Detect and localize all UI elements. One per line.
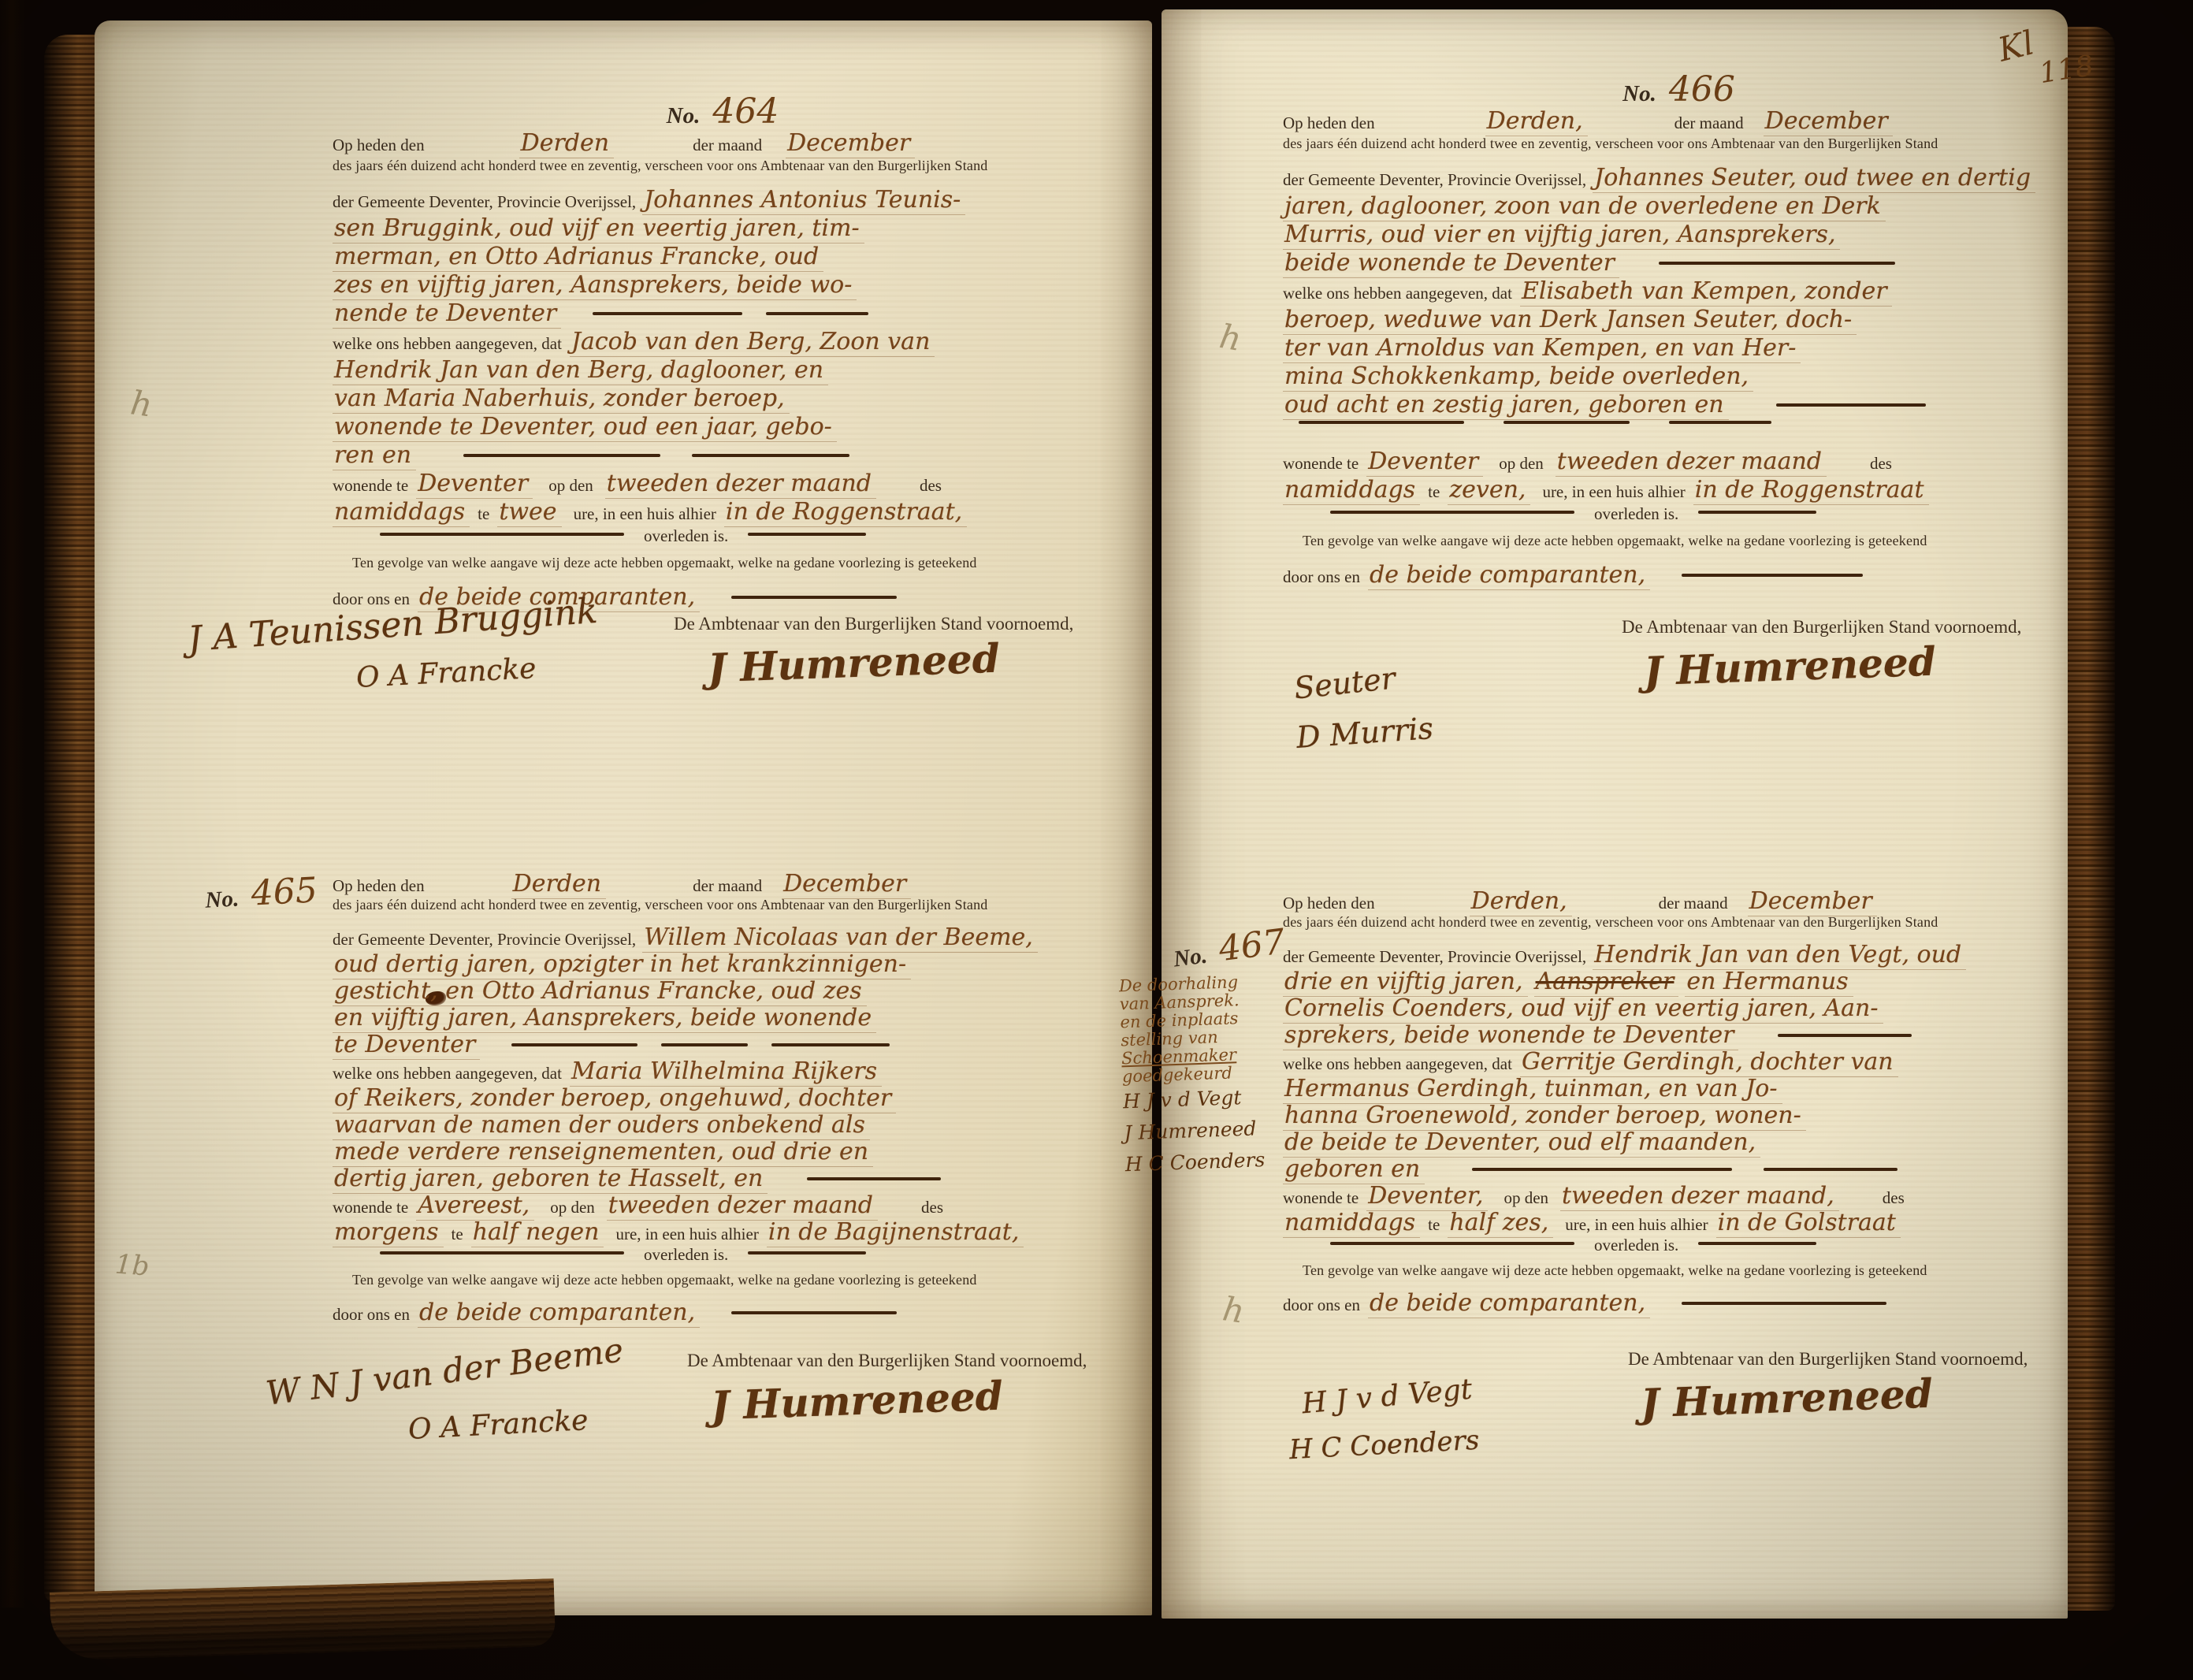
handwritten-text: sen Bruggink, oud vijf en veertig jaren,…: [333, 214, 864, 243]
printed-form-text: des jaars één duizend acht honderd twee …: [1283, 914, 1938, 930]
printed-form-text: ure, in een huis alhier: [615, 1225, 758, 1243]
handwritten-text: December: [1748, 887, 1877, 916]
handwritten-text: drie en vijftig jaren,: [1283, 968, 1528, 997]
form-line: mede verdere renseignementen, oud drie e…: [333, 1138, 1113, 1165]
form-line: Cornelis Coenders, oud vijf en veertig j…: [1283, 994, 2075, 1021]
printed-form-text: des jaars één duizend acht honderd twee …: [333, 897, 988, 912]
form-line: geboren en: [1283, 1155, 2075, 1182]
handwritten-text: Aanspreker: [1534, 968, 1679, 997]
death-record-464: No. 464 Op heden denDerdender maandDecem…: [333, 91, 1113, 611]
record-body: Op heden denDerden,der maandDecemberdes …: [1283, 107, 2075, 589]
form-line: overleden is.: [1283, 1236, 2075, 1262]
handwritten-text: waarvan de namen der ouders onbekend als: [333, 1111, 870, 1140]
printed-form-text: te: [1428, 1215, 1440, 1234]
form-line: overleden is.: [333, 1245, 1113, 1272]
form-line: welke ons hebben aangegeven, datJacob va…: [333, 328, 1113, 356]
printed-form-text: welke ons hebben aangegeven, dat: [1283, 284, 1512, 303]
record-body: Op heden denDerdender maandDecemberdes j…: [333, 129, 1113, 611]
form-line: wonende teDeventerop dentweeden dezer ma…: [333, 470, 1113, 498]
registrar-caption: De Ambtenaar van den Burgerlijken Stand …: [1622, 617, 2021, 637]
printed-form-text: des: [1870, 454, 1892, 473]
handwritten-text: Derden,: [1485, 107, 1588, 136]
blank-filler-stroke: [661, 1043, 748, 1046]
record-body: Op heden denDerden,der maandDecemberdes …: [1283, 887, 2075, 1316]
handwritten-text: oud dertig jaren, opzigter in het krankz…: [333, 950, 911, 979]
printed-form-text: te: [478, 504, 489, 523]
printed-form-text: der Gemeente Deventer, Provincie Overijs…: [1283, 947, 1586, 966]
blank-filler-stroke: [692, 454, 849, 457]
handwritten-text: nende te Deventer: [333, 299, 561, 329]
handwritten-text: Hendrik Jan van den Vegt, oud: [1593, 941, 1966, 970]
record-number: No. 465: [204, 870, 318, 913]
handwritten-text: de beide comparanten,: [1368, 561, 1650, 590]
printed-form-text: des: [1883, 1188, 1905, 1207]
handwritten-text: beroep, weduwe van Derk Jansen Seuter, d…: [1283, 306, 1857, 335]
form-line: Op heden denDerdender maandDecember: [333, 129, 1113, 158]
handwritten-text: tweeden dezer maand: [605, 470, 876, 499]
form-line: Ten gevolge van welke aangave wij deze a…: [333, 555, 1113, 583]
handwritten-text: tweeden dezer maand: [1556, 448, 1827, 477]
blank-filler-stroke: [1330, 511, 1574, 514]
printed-form-text: des: [921, 1198, 943, 1217]
register-book-photo: Kl 118 h 1b h h No. 464 Op heden denDerd…: [0, 0, 2193, 1680]
printed-form-text: overleden is.: [644, 1245, 728, 1264]
blank-filler-stroke: [1472, 1168, 1732, 1171]
blank-filler-stroke: [380, 533, 624, 536]
handwritten-text: Murris, oud vier en vijftig jaren, Aansp…: [1283, 221, 1840, 250]
form-line: [1283, 419, 2075, 448]
form-line: wonende te Deventer, oud een jaar, gebo-: [333, 413, 1113, 441]
blank-filler-stroke: [1682, 1302, 1886, 1305]
handwritten-text: Hendrik Jan van den Berg, daglooner, en: [333, 356, 828, 385]
handwritten-text: in de Roggenstraat: [1693, 476, 1929, 505]
handwritten-text: de beide comparanten,: [418, 1299, 700, 1328]
printed-form-text: welke ons hebben aangegeven, dat: [333, 1064, 562, 1083]
printed-form-text: des: [920, 476, 942, 495]
handwritten-text: Derden: [511, 870, 606, 899]
form-line: der Gemeente Deventer, Provincie Overijs…: [1283, 164, 2075, 192]
page-stack-bottom-edge: [50, 1578, 556, 1660]
handwritten-text: tweeden dezer maand,: [1560, 1182, 1839, 1211]
handwritten-text: zeven,: [1448, 476, 1530, 505]
form-line: mina Schokkenkamp, beide overleden,: [1283, 362, 2075, 391]
form-line: beide wonende te Deventer: [1283, 249, 2075, 277]
blank-filler-stroke: [731, 1311, 897, 1314]
handwritten-text: of Reikers, zonder beroep, ongehuwd, doc…: [333, 1084, 896, 1113]
form-line: door ons ende beide comparanten,: [1283, 1289, 2075, 1316]
handwritten-text: Johannes Seuter, oud twee en dertig: [1593, 164, 2035, 193]
printed-form-text: door ons en: [333, 1305, 410, 1324]
blank-filler-stroke: [766, 312, 868, 315]
printed-form-text: Op heden den: [1283, 894, 1375, 912]
printed-form-text: wonende te: [1283, 454, 1359, 473]
handwritten-text: twee: [497, 498, 561, 527]
record-number: No. 464: [333, 91, 1113, 129]
form-line: Murris, oud vier en vijftig jaren, Aansp…: [1283, 221, 2075, 249]
death-record-465: No. 465 Op heden denDerdender maandDecem…: [333, 870, 1113, 1325]
blank-filler-stroke: [1659, 262, 1895, 265]
handwritten-text: ter van Arnoldus van Kempen, en van Her-: [1283, 334, 1801, 363]
blank-filler-stroke: [1698, 1242, 1816, 1245]
handwritten-text: en vijftig jaren, Aansprekers, beide won…: [333, 1004, 876, 1033]
handwritten-text: tweeden dezer maand: [607, 1191, 878, 1221]
form-line: der Gemeente Deventer, Provincie Overijs…: [333, 924, 1113, 950]
form-line: oud dertig jaren, opzigter in het krankz…: [333, 950, 1113, 977]
form-line: morgenstehalf negenure, in een huis alhi…: [333, 1218, 1113, 1245]
printed-form-text: ure, in een huis alhier: [1565, 1215, 1708, 1234]
printed-form-text: wonende te: [333, 476, 408, 495]
handwritten-text: wonende te Deventer, oud een jaar, gebo-: [333, 413, 837, 442]
registrar-caption: De Ambtenaar van den Burgerlijken Stand …: [674, 614, 1073, 634]
handwritten-text: Deventer,: [1366, 1182, 1488, 1211]
form-line: Ten gevolge van welke aangave wij deze a…: [333, 1272, 1113, 1299]
form-line: des jaars één duizend acht honderd twee …: [333, 897, 1113, 924]
form-line: sprekers, beide wonende te Deventer: [1283, 1021, 2075, 1048]
printed-form-text: des jaars één duizend acht honderd twee …: [1283, 136, 1938, 151]
record-number-label: No.: [1622, 81, 1656, 106]
blank-filler-stroke: [593, 312, 742, 315]
form-line: zes en vijftig jaren, Aansprekers, beide…: [333, 271, 1113, 299]
form-line: namiddagstetweeure, in een huis alhierin…: [333, 498, 1113, 526]
handwritten-text: beide wonende te Deventer: [1283, 249, 1619, 278]
printed-form-text: Op heden den: [333, 136, 425, 154]
handwritten-text: de beide te Deventer, oud elf maanden,: [1283, 1128, 1760, 1158]
margin-checkmark: 1b: [114, 1249, 151, 1283]
death-record-466: No. 466 Op heden denDerden,der maandDece…: [1283, 69, 2075, 589]
printed-form-text: overleden is.: [1594, 1236, 1678, 1254]
form-line: door ons ende beide comparanten,: [1283, 561, 2075, 589]
death-record-467: No. 467 Op heden denDerden,der maandDece…: [1283, 887, 2075, 1316]
handwritten-text: mede verdere renseignementen, oud drie e…: [333, 1138, 873, 1167]
blank-filler-stroke: [1330, 1242, 1574, 1245]
form-line: Op heden denDerden,der maandDecember: [1283, 107, 2075, 136]
handwritten-text: van Maria Naberhuis, zonder beroep,: [333, 385, 790, 414]
handwritten-text: Gerritje Gerdingh, dochter van: [1520, 1048, 1898, 1077]
form-line: Op heden denDerdender maandDecember: [333, 870, 1113, 897]
printed-form-text: wonende te: [333, 1198, 408, 1217]
form-line: ter van Arnoldus van Kempen, en van Her-: [1283, 334, 2075, 362]
printed-form-text: der maand: [693, 136, 762, 154]
blank-filler-stroke: [1776, 403, 1926, 407]
record-number-label: No.: [205, 886, 240, 913]
blank-filler-stroke: [1778, 1034, 1912, 1037]
form-line: sen Bruggink, oud vijf en veertig jaren,…: [333, 214, 1113, 243]
handwritten-text: Hermanus Gerdingh, tuinman, en van Jo-: [1283, 1075, 1782, 1104]
printed-form-text: door ons en: [1283, 1295, 1360, 1314]
handwritten-text: dertig jaren, geboren te Hasselt, en: [333, 1165, 768, 1194]
printed-form-text: der maand: [1659, 894, 1728, 912]
handwritten-text: morgens: [333, 1218, 444, 1247]
handwritten-text: sprekers, beide wonende te Deventer: [1283, 1021, 1738, 1050]
printed-form-text: te: [1428, 482, 1440, 501]
blank-filler-stroke: [748, 533, 866, 536]
handwritten-text: Derden: [519, 129, 614, 158]
handwritten-text: in de Bagijnenstraat,: [767, 1218, 1024, 1247]
form-line: der Gemeente Deventer, Provincie Overijs…: [1283, 941, 2075, 968]
handwritten-text: de beide comparanten,: [1368, 1289, 1650, 1318]
handwritten-text: jaren, daglooner, zoon van de overledene…: [1283, 192, 1886, 221]
printed-form-text: ure, in een huis alhier: [574, 504, 716, 523]
handwritten-text: Jacob van den Berg, Zoon van: [570, 328, 935, 357]
printed-form-text: Op heden den: [1283, 113, 1375, 132]
handwritten-text: half zes,: [1448, 1209, 1553, 1238]
handwritten-text: December: [786, 129, 915, 158]
form-line: jaren, daglooner, zoon van de overledene…: [1283, 192, 2075, 221]
form-line: nende te Deventer: [333, 299, 1113, 328]
handwritten-text: en Hermanus: [1685, 968, 1853, 997]
record-number-value: 464: [712, 91, 779, 132]
handwritten-text: mina Schokkenkamp, beide overleden,: [1283, 362, 1753, 392]
form-line: des jaars één duizend acht honderd twee …: [1283, 914, 2075, 941]
printed-form-text: door ons en: [1283, 567, 1360, 586]
form-line: welke ons hebben aangegeven, datMaria Wi…: [333, 1057, 1113, 1084]
book-gutter: [0, 0, 25, 1608]
handwritten-text: December: [782, 870, 911, 899]
printed-form-text: welke ons hebben aangegeven, dat: [333, 334, 562, 353]
printed-form-text: des jaars één duizend acht honderd twee …: [333, 158, 988, 173]
handwritten-text: December: [1764, 107, 1893, 136]
registrar-caption: De Ambtenaar van den Burgerlijken Stand …: [1628, 1349, 2028, 1370]
printed-form-text: op den: [1504, 1188, 1548, 1207]
handwritten-text: namiddags: [1283, 1209, 1420, 1238]
blank-filler-stroke: [1669, 421, 1771, 424]
printed-form-text: op den: [548, 476, 593, 495]
handwritten-text: in de Roggenstraat,: [724, 498, 967, 527]
form-line: overleden is.: [333, 526, 1113, 555]
form-line: hanna Groenewold, zonder beroep, wonen-: [1283, 1102, 2075, 1128]
handwritten-text: in de Golstraat: [1716, 1209, 1901, 1238]
printed-form-text: te: [452, 1225, 463, 1243]
handwritten-text: zes en vijftig jaren, Aansprekers, beide…: [333, 271, 857, 300]
printed-form-text: Ten gevolge van welke aangave wij deze a…: [1303, 1262, 1927, 1278]
form-line: Op heden denDerden,der maandDecember: [1283, 887, 2075, 914]
handwritten-text: Derden,: [1470, 887, 1572, 916]
printed-form-text: wonende te: [1283, 1188, 1359, 1207]
printed-form-text: Op heden den: [333, 876, 425, 895]
blank-filler-stroke: [731, 596, 897, 599]
printed-form-text: der maand: [693, 876, 762, 895]
blank-filler-stroke: [748, 1251, 866, 1254]
form-line: Hendrik Jan van den Berg, daglooner, en: [333, 356, 1113, 385]
record-number-value: 465: [250, 870, 318, 913]
printed-form-text: ure, in een huis alhier: [1542, 482, 1685, 501]
form-line: van Maria Naberhuis, zonder beroep,: [333, 385, 1113, 413]
form-line: door ons ende beide comparanten,: [333, 1299, 1113, 1325]
form-line: Ten gevolge van welke aangave wij deze a…: [1283, 533, 2075, 561]
record-body: Op heden denDerdender maandDecemberdes j…: [333, 870, 1113, 1325]
blank-filler-stroke: [380, 1251, 624, 1254]
form-line: der Gemeente Deventer, Provincie Overijs…: [333, 186, 1113, 214]
handwritten-text: merman, en Otto Adrianus Francke, oud: [333, 243, 823, 272]
handwritten-text: Deventer: [1366, 448, 1483, 477]
form-line: Ten gevolge van welke aangave wij deze a…: [1283, 1262, 2075, 1289]
blank-filler-stroke: [511, 1043, 637, 1046]
printed-form-text: der maand: [1674, 113, 1744, 132]
form-line: gesticht, en Otto Adrianus Francke, oud …: [333, 977, 1113, 1004]
handwritten-text: gesticht, en Otto Adrianus Francke, oud …: [333, 977, 867, 1006]
form-line: wonende teAvereest,op dentweeden dezer m…: [333, 1191, 1113, 1218]
form-line: namiddagstehalf zes,ure, in een huis alh…: [1283, 1209, 2075, 1236]
handwritten-text: namiddags: [1283, 476, 1420, 505]
blank-filler-stroke: [771, 1043, 890, 1046]
form-line: des jaars één duizend acht honderd twee …: [333, 158, 1113, 186]
blank-filler-stroke: [1682, 574, 1863, 577]
blank-filler-stroke: [1698, 511, 1816, 514]
blank-filler-stroke: [1764, 1168, 1898, 1171]
form-line: beroep, weduwe van Derk Jansen Seuter, d…: [1283, 306, 2075, 334]
handwritten-text: hanna Groenewold, zonder beroep, wonen-: [1283, 1102, 1806, 1131]
form-line: merman, en Otto Adrianus Francke, oud: [333, 243, 1113, 271]
printed-form-text: Ten gevolge van welke aangave wij deze a…: [1303, 533, 1927, 548]
form-line: dertig jaren, geboren te Hasselt, en: [333, 1165, 1113, 1191]
handwritten-text: Elisabeth van Kempen, zonder: [1520, 277, 1892, 307]
record-number-value: 466: [1669, 69, 1735, 110]
printed-form-text: op den: [550, 1198, 595, 1217]
record-number-value: 467: [1217, 921, 1288, 969]
handwritten-text: Maria Wilhelmina Rijkers: [570, 1057, 882, 1087]
form-line: drie en vijftig jaren,Aansprekeren Herma…: [1283, 968, 2075, 994]
printed-form-text: der Gemeente Deventer, Provincie Overijs…: [333, 930, 636, 949]
handwritten-text: namiddags: [333, 498, 470, 527]
form-line: oud acht en zestig jaren, geboren en: [1283, 391, 2075, 419]
printed-form-text: op den: [1499, 454, 1544, 473]
form-line: des jaars één duizend acht honderd twee …: [1283, 136, 2075, 164]
form-line: de beide te Deventer, oud elf maanden,: [1283, 1128, 2075, 1155]
registrar-caption: De Ambtenaar van den Burgerlijken Stand …: [687, 1351, 1087, 1371]
form-line: te Deventer: [333, 1031, 1113, 1057]
handwritten-text: Johannes Antonius Teunis-: [642, 186, 965, 215]
form-line: wonende teDeventerop dentweeden dezer ma…: [1283, 448, 2075, 476]
form-line: en vijftig jaren, Aansprekers, beide won…: [333, 1004, 1113, 1031]
correction-margin-note: De doorhalingvan Aansprek.en de inplaats…: [1119, 971, 1323, 1181]
form-line: Hermanus Gerdingh, tuinman, en van Jo-: [1283, 1075, 2075, 1102]
blank-filler-stroke: [807, 1177, 941, 1180]
printed-form-text: Ten gevolge van welke aangave wij deze a…: [352, 1272, 977, 1288]
handwritten-text: Cornelis Coenders, oud vijf en veertig j…: [1283, 994, 1883, 1024]
form-line: wonende teDeventer,op dentweeden dezer m…: [1283, 1182, 2075, 1209]
handwritten-text: Deventer: [416, 470, 533, 499]
record-number-label: No.: [667, 103, 701, 128]
form-line: welke ons hebben aangegeven, datElisabet…: [1283, 277, 2075, 306]
blank-filler-stroke: [1504, 421, 1630, 424]
form-line: waarvan de namen der ouders onbekend als: [333, 1111, 1113, 1138]
record-number-label: No.: [1172, 943, 1208, 972]
blank-filler-stroke: [1299, 421, 1464, 424]
printed-form-text: Ten gevolge van welke aangave wij deze a…: [352, 555, 977, 571]
handwritten-text: Avereest,: [416, 1191, 534, 1221]
handwritten-text: half negen: [471, 1218, 604, 1247]
printed-form-text: overleden is.: [1594, 504, 1678, 523]
form-line: of Reikers, zonder beroep, ongehuwd, doc…: [333, 1084, 1113, 1111]
handwritten-text: oud acht en zestig jaren, geboren en: [1283, 391, 1729, 420]
handwritten-text: Willem Nicolaas van der Beeme,: [642, 924, 1038, 953]
handwritten-text: ren en: [333, 441, 416, 470]
record-number: No. 466: [1283, 69, 2075, 107]
form-line: overleden is.: [1283, 504, 2075, 533]
form-line: ren en: [333, 441, 1113, 470]
printed-form-text: der Gemeente Deventer, Provincie Overijs…: [1283, 170, 1586, 189]
form-line: welke ons hebben aangegeven, datGerritje…: [1283, 1048, 2075, 1075]
form-line: namiddagstezeven,ure, in een huis alhier…: [1283, 476, 2075, 504]
blank-filler-stroke: [463, 454, 660, 457]
printed-form-text: der Gemeente Deventer, Provincie Overijs…: [333, 192, 636, 211]
printed-form-text: overleden is.: [644, 526, 728, 545]
handwritten-text: te Deventer: [333, 1031, 480, 1060]
